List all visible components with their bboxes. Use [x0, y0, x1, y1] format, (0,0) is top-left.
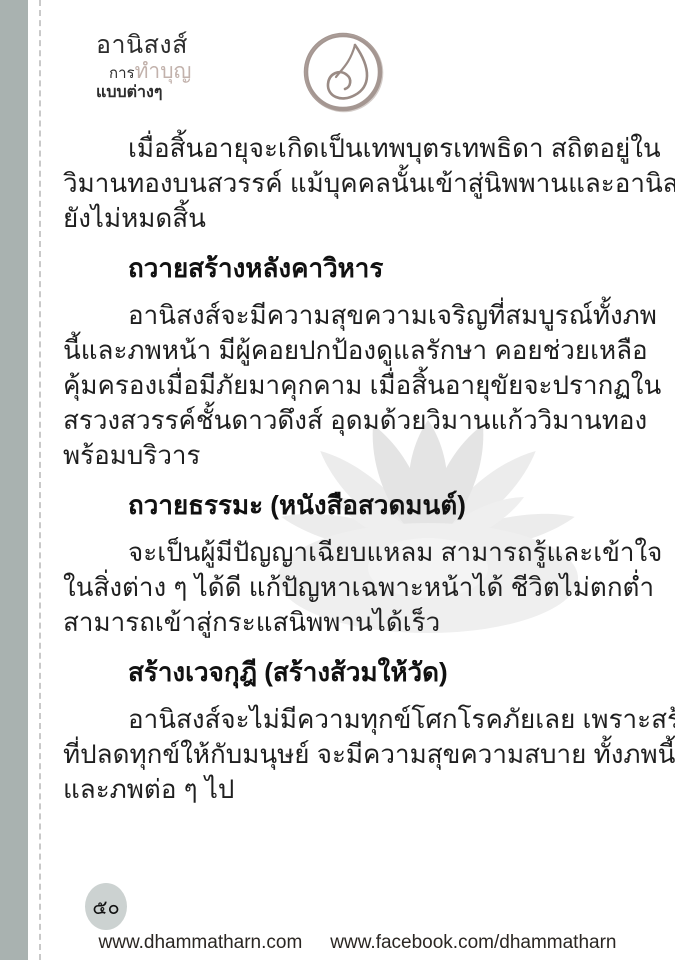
page-number: ๕๐: [92, 891, 119, 923]
book-title: อานิสงส์ การทำบุญ แบบต่างๆ: [96, 33, 191, 101]
paragraph: เมื่อสิ้นอายุจะเกิดเป็นเทพบุตรเทพธิดา สถ…: [63, 131, 608, 236]
paragraph-line: อานิสงส์จะไม่มีความทุกข์โศกโรคภัยเลย เพร…: [63, 702, 608, 737]
section-heading: ถวายธรรมะ (หนังสือสวดมนต์): [63, 488, 608, 523]
paragraph-line: จะเป็นผู้มีปัญญาเฉียบแหลม สามารถรู้และเข…: [63, 535, 608, 570]
book-title-line2-prefix: การ: [109, 65, 135, 82]
section-heading: สร้างเวจกุฎี (สร้างส้วมให้วัด): [63, 655, 608, 690]
footer: www.dhammatharn.com www.facebook.com/dha…: [40, 932, 675, 954]
left-edge-bar: [0, 0, 28, 960]
paragraph: อานิสงส์จะมีความสุขความเจริญที่สมบูรณ์ทั…: [63, 298, 608, 473]
paragraph-line: ที่ปลดทุกข์ให้กับมนุษย์ จะมีความสุขความส…: [63, 737, 608, 772]
book-title-line2: การทำบุญ: [96, 61, 191, 82]
paragraph-line: เมื่อสิ้นอายุจะเกิดเป็นเทพบุตรเทพธิดา สถ…: [63, 131, 608, 166]
book-title-line3: แบบต่างๆ: [96, 85, 191, 101]
paragraph-line: วิมานทองบนสวรรค์ แม้บุคคลนั้นเข้าสู่นิพพ…: [63, 166, 608, 201]
paragraph-line: นี้และภพหน้า มีผู้คอยปกป้องดูแลรักษา คอย…: [63, 333, 608, 368]
book-title-line1: อานิสงส์: [96, 33, 191, 58]
website-url-link[interactable]: www.dhammatharn.com: [99, 932, 303, 954]
paragraph-line: พร้อมบริวาร: [63, 438, 608, 473]
paragraph-line: สามารถเข้าสู่กระแสนิพพานได้เร็ว: [63, 605, 608, 640]
facebook-url-link[interactable]: www.facebook.com/dhammatharn: [330, 932, 616, 954]
paragraph-line: คุ้มครองเมื่อมีภัยมาคุกคาม เมื่อสิ้นอายุ…: [63, 368, 608, 403]
paragraph: จะเป็นผู้มีปัญญาเฉียบแหลม สามารถรู้และเข…: [63, 535, 608, 640]
paragraph-line: สรวงสวรรค์ชั้นดาวดึงส์ อุดมด้วยวิมานแก้ว…: [63, 403, 608, 438]
page-number-badge: ๕๐: [85, 883, 127, 930]
paragraph-line: อานิสงส์จะมีความสุขความเจริญที่สมบูรณ์ทั…: [63, 298, 608, 333]
book-title-line2-accent: ทำบุญ: [135, 60, 192, 83]
paragraph-line: และภพต่อ ๆ ไป: [63, 772, 608, 807]
paragraph-line: ในสิ่งต่าง ๆ ได้ดี แก้ปัญหาเฉพาะหน้าได้ …: [63, 570, 608, 605]
page-body: เมื่อสิ้นอายุจะเกิดเป็นเทพบุตรเทพธิดา สถ…: [63, 131, 608, 822]
dashed-margin-line: [39, 0, 41, 960]
paragraph: อานิสงส์จะไม่มีความทุกข์โศกโรคภัยเลย เพร…: [63, 702, 608, 807]
paragraph-line: ยังไม่หมดสิ้น: [63, 201, 608, 236]
section-heading: ถวายสร้างหลังคาวิหาร: [63, 251, 608, 286]
book-page: { "page": { "header": { "title_line1": "…: [0, 0, 675, 960]
bodhi-leaf-circle-icon: [298, 27, 388, 119]
